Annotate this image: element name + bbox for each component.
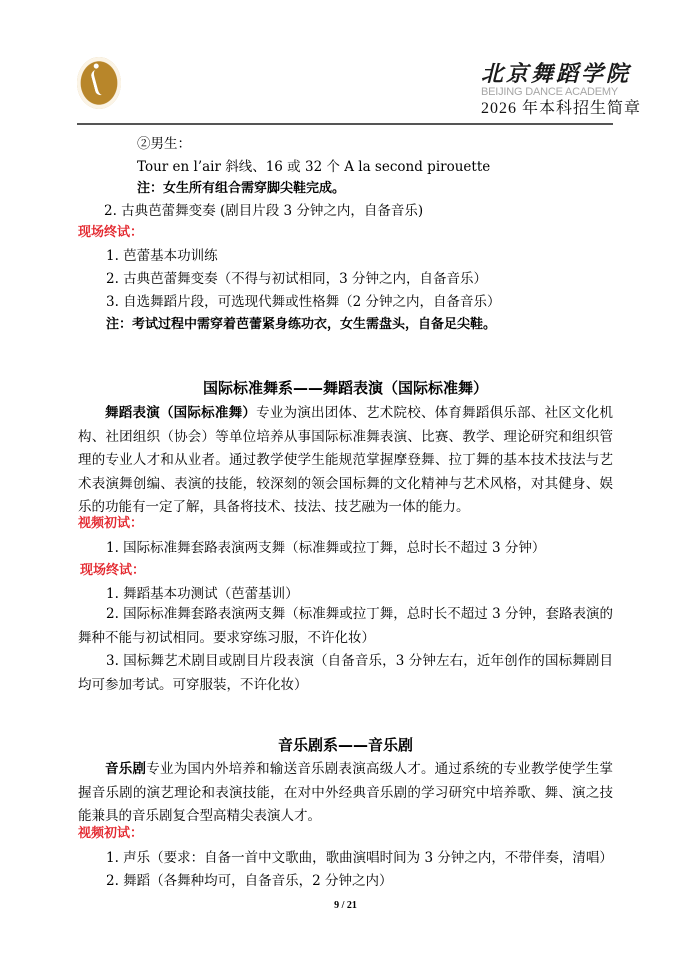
brand-block: 北京舞蹈学院 BEIJING DANCE ACADEMY 2026 年本科招生简… (481, 62, 641, 119)
ballroom-final-item: 2. 国际标准舞套路表演两支舞（标准舞或拉丁舞，总时长不超过 3 分钟，套路表演… (78, 603, 613, 650)
ballet-final-item: 3. 自选舞蹈片段，可选现代舞或性格舞（2 分钟之内，自备音乐） (106, 293, 501, 311)
ballroom-intro-body: 专业为演出团体、艺术院校、体育舞蹈俱乐部、社区文化机构、社团组织（协会）等单位培… (78, 405, 613, 515)
page-number: 9 / 21 (0, 900, 691, 911)
brand-name-cn: 北京舞蹈学院 (481, 62, 641, 86)
ballroom-final-item: 1. 舞蹈基本功测试（芭蕾基训） (106, 585, 299, 603)
academy-logo-icon (77, 57, 121, 109)
musical-intro: 音乐剧专业为国内外培养和输送音乐剧表演高级人才。通过系统的专业教学使学生掌握音乐… (78, 758, 613, 829)
header-divider (77, 123, 613, 125)
musical-video-item: 2. 舞蹈（各舞种均可，自备音乐，2 分钟之内） (106, 872, 393, 890)
dancer-emblem-icon (90, 68, 111, 97)
male-label: ②男生： (137, 135, 191, 153)
musical-video-item: 1. 声乐（要求：自备一首中文歌曲，歌曲演唱时间为 3 分钟之内，不带伴奏，清唱… (106, 849, 613, 867)
musical-video-label: 视频初试： (78, 825, 143, 843)
brand-name-en: BEIJING DANCE ACADEMY (481, 86, 641, 98)
ballet-final-item: 1. 芭蕾基本功训练 (106, 247, 218, 265)
ballroom-final-label: 现场终试： (80, 562, 145, 580)
ballet-item-2: 2. 古典芭蕾舞变奏 (剧目片段 3 分钟之内，自备音乐) (104, 202, 423, 220)
ballet-final-label: 现场终试： (78, 224, 143, 242)
ballet-exam-note: 注：考试过程中需穿着芭蕾紧身练功衣，女生需盘头，自备足尖鞋。 (106, 316, 496, 334)
female-note: 注：女生所有组合需穿脚尖鞋完成。 (137, 180, 345, 198)
brochure-title: 2026 年本科招生简章 (481, 99, 641, 119)
musical-intro-body: 专业为国内外培养和输送音乐剧表演高级人才。通过系统的专业教学使学生掌握音乐剧的演… (78, 761, 613, 824)
male-item: Tour en l’air 斜线、16 或 32 个 A la second p… (137, 158, 490, 176)
ballroom-intro: 舞蹈表演（国际标准舞）专业为演出团体、艺术院校、体育舞蹈俱乐部、社区文化机构、社… (78, 402, 613, 520)
ballroom-section-title: 国际标准舞系——舞蹈表演（国际标准舞） (0, 379, 691, 397)
ballroom-final-item: 3. 国标舞艺术剧目或剧目片段表演（自备音乐，3 分钟左右，近年创作的国标舞剧目… (78, 650, 613, 697)
ballroom-intro-lead: 舞蹈表演（国际标准舞） (105, 405, 256, 421)
ballet-final-item: 2. 古典芭蕾舞变奏（不得与初试相同，3 分钟之内，自备音乐） (106, 270, 487, 288)
musical-intro-lead: 音乐剧 (105, 761, 146, 777)
musical-section-title: 音乐剧系——音乐剧 (0, 736, 691, 754)
document-page: 北京舞蹈学院 BEIJING DANCE ACADEMY 2026 年本科招生简… (0, 0, 691, 978)
ballroom-video-item: 1. 国际标准舞套路表演两支舞（标准舞或拉丁舞，总时长不超过 3 分钟） (106, 539, 545, 557)
ballroom-video-label: 视频初试： (78, 515, 143, 533)
